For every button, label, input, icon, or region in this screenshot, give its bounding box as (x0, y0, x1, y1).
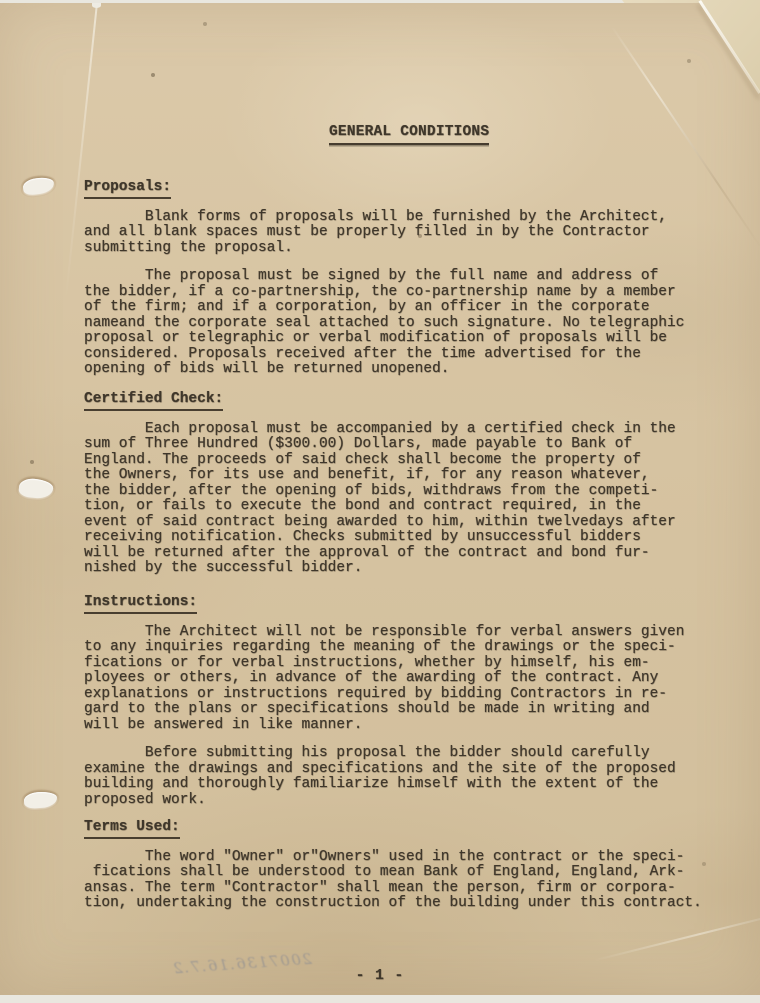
section-heading-proposals: Proposals: (84, 180, 171, 199)
page-number: - 1 - (0, 969, 760, 985)
paragraph: Each proposal must be accompanied by a c… (84, 422, 744, 577)
punch-hole-middle (18, 478, 54, 500)
paragraph: The word "Owner" or"Owners" used in the … (84, 850, 744, 912)
ink-specks (0, 3, 2, 5)
document-page: GENERAL CONDITIONS Proposals: Blank form… (0, 3, 760, 995)
paragraph: Before submitting his proposal the bidde… (84, 746, 744, 808)
section-terms-used: Terms Used: The word "Owner" or"Owners" … (84, 817, 744, 925)
section-instructions: Instructions: The Architect will not be … (84, 592, 744, 821)
punch-hole-bottom (23, 791, 57, 809)
section-heading-terms-used: Terms Used: (84, 820, 180, 839)
section-heading-certified-check: Certified Check: (84, 392, 223, 411)
scanned-document: GENERAL CONDITIONS Proposals: Blank form… (0, 0, 760, 1003)
paragraph: The proposal must be signed by the full … (84, 269, 744, 378)
text-column: Proposals: Blank forms of proposals will… (84, 3, 744, 995)
punch-hole-top (22, 176, 55, 196)
section-certified-check: Certified Check: Each proposal must be a… (84, 389, 744, 590)
section-proposals: Proposals: Blank forms of proposals will… (84, 177, 744, 391)
paragraph: The Architect will not be responsible fo… (84, 625, 744, 734)
section-heading-instructions: Instructions: (84, 595, 197, 614)
paragraph: Blank forms of proposals will be furnish… (84, 210, 744, 257)
